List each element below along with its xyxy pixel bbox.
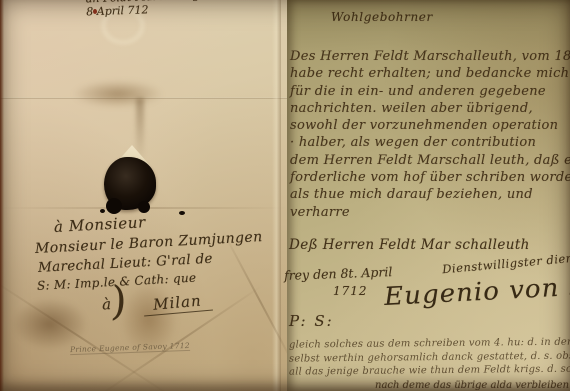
fold-crease: [0, 97, 287, 99]
body-line: dem Herren Feldt Marschall leuth, daß er: [290, 152, 570, 169]
a-with-flourish: à): [102, 294, 127, 313]
docket-note: an Feldt March: Sagonal 8 April 712: [86, 0, 224, 18]
pencil-inscription: Prince Eugene of Savoy 1712: [70, 341, 190, 355]
ink-stain: [72, 80, 164, 108]
postscript-label: P: S:: [289, 312, 334, 330]
dateline-year: 1712: [333, 284, 368, 298]
address-city: Milan: [142, 285, 213, 317]
address-block: à Monsieur Monsieur le Baron Zumjungen M…: [33, 207, 266, 321]
fold-crease: [272, 0, 281, 391]
salutation: Wohlgebohrner: [331, 10, 433, 24]
letter-body: Des Herren Feldt Marschalleuth, vom 18t.…: [290, 48, 570, 221]
signature-eugenio-von-savoy: Eugenio von Savoy: [383, 268, 570, 311]
black-wax-seal: [104, 157, 156, 210]
letter-leaf: Wohlgebohrner Des Herren Feldt Marschall…: [287, 0, 570, 391]
body-line: verharre: [290, 204, 570, 221]
dateline-place: frey den 8t. April: [284, 264, 393, 283]
postscript-block: gleich solches aus dem schreiben vom 4. …: [289, 337, 570, 378]
body-line: nachrichten. weilen aber übrigend,: [290, 100, 570, 117]
body-line: sowohl der vorzunehmenden operation: [290, 117, 570, 134]
wax-speck: [100, 209, 105, 213]
postscript-partial-line: nach deme das übrige alda verbleiben kha…: [375, 380, 570, 391]
letter-photograph: an Feldt March: Sagonal 8 April 712 à Mo…: [0, 0, 570, 391]
postscript-line: all das jenige brauche wie thun dem Feld…: [289, 362, 570, 379]
body-line: habe recht erhalten; und bedancke mich: [290, 65, 570, 82]
photo-edge: [0, 0, 4, 391]
body-line: Des Herren Feldt Marschalleuth, vom 18t.…: [290, 48, 570, 65]
closing-line: Deß Herren Feldt Mar schalleuth: [289, 237, 530, 253]
body-line: · halber, als wegen der contribution: [290, 134, 570, 151]
pen-flourish: ): [110, 292, 127, 311]
body-line: forderliche vom hof über schriben worden…: [290, 169, 570, 186]
body-line: als thue mich darauf beziehen, und: [290, 186, 570, 203]
body-line: für die in ein- und anderen gegebene: [290, 83, 570, 100]
address-leaf: an Feldt March: Sagonal 8 April 712 à Mo…: [0, 0, 287, 391]
